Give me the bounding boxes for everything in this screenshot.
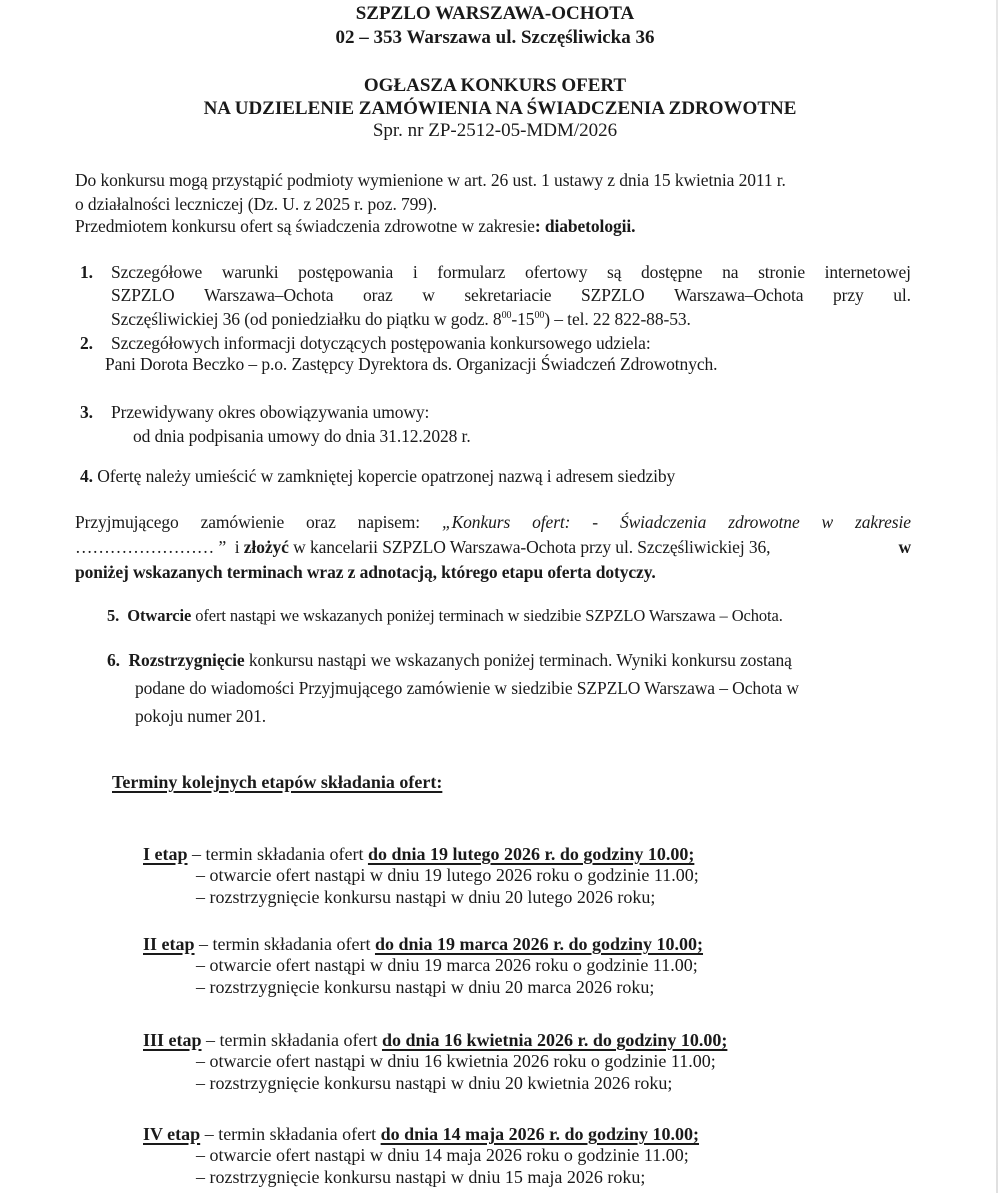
item-2-line1: Szczegółowych informacji dotyczących pos… <box>111 333 651 354</box>
stage-deadline: do dnia 19 lutego 2026 r. do godziny 10.… <box>368 844 694 864</box>
item-6-room-number: pokoju numer 201. <box>135 706 266 727</box>
word: internetowej <box>825 262 911 283</box>
item-5: 5. Otwarcie ofert nastąpi we wskazanych … <box>107 606 783 626</box>
item-4-line2: Przyjmującegozamówienieoraznapisem:„Konk… <box>75 512 911 533</box>
superscript: 00 <box>502 310 512 321</box>
word: sekretariacie <box>464 285 551 306</box>
case-number: Spr. nr ZP-2512-05-MDM/2026 <box>0 120 990 142</box>
item-1-line2: SZPZLOWarszawa–OchotaorazwsekretariacieS… <box>111 285 911 306</box>
word: „Konkurs <box>442 512 510 533</box>
superscript: 00 <box>534 310 544 321</box>
word: Świadczenia <box>620 512 706 533</box>
submit-verb: złożyć <box>244 537 289 557</box>
submission-location: w kancelarii SZPZLO Warszawa-Ochota przy… <box>293 537 770 557</box>
item-6-number: 6. <box>107 650 120 670</box>
item-1-office-hours-text: Szczęśliwickiej 36 (od poniedziałku do p… <box>111 309 502 329</box>
org-name: SZPZLO WARSZAWA-OCHOTA <box>0 3 990 25</box>
word: dostępne <box>641 262 702 283</box>
word: są <box>607 262 621 283</box>
word: na <box>722 262 738 283</box>
word: oraz <box>306 512 336 533</box>
word: Przyjmującego <box>75 512 179 533</box>
stage-3-submission: III etap – termin składania ofert do dni… <box>143 1030 727 1051</box>
schedule-title: Terminy kolejnych etapów składania ofert… <box>112 772 442 793</box>
item-4-line3-start: …………………… ” i złożyć w kancelarii SZPZLO … <box>75 537 770 558</box>
stage-label: III etap <box>143 1030 202 1050</box>
stage-1-opening: – otwarcie ofert nastąpi w dniu 19 luteg… <box>196 865 699 886</box>
word: SZPZLO <box>111 285 175 306</box>
item-3-number: 3. <box>80 402 93 423</box>
word: ofert: <box>532 512 570 533</box>
item-1-number: 1. <box>80 262 93 283</box>
stage-deadline: do dnia 14 maja 2026 r. do godziny 10.00… <box>381 1124 699 1144</box>
intro-line2: o działalności leczniczej (Dz. U. z 2025… <box>75 194 437 215</box>
word: SZPZLO <box>581 285 645 306</box>
word: stronie <box>758 262 805 283</box>
item-6-line2: podane do wiadomości Przyjmującego zamów… <box>135 678 799 699</box>
stage-label: IV etap <box>143 1124 200 1144</box>
announcement-title-line2: NA UDZIELENIE ZAMÓWIENIA NA ŚWIADCZENIA … <box>5 98 995 120</box>
item-5-text: ofert nastąpi we wskazanych poniżej term… <box>195 606 783 625</box>
item-2-contact-person: Pani Dorota Beczko – p.o. Zastępcy Dyrek… <box>105 354 717 375</box>
item-4-text: Ofertę należy umieścić w zamkniętej kope… <box>97 466 675 486</box>
word: ofertowy <box>525 262 587 283</box>
item-5-bold-term: Otwarcie <box>127 606 191 625</box>
stage-submission-prefix: – termin składania ofert <box>200 1124 380 1144</box>
item-4-annotation-requirement: poniżej wskazanych terminach wraz z adno… <box>75 562 656 583</box>
item-4-line3: …………………… ” i złożyć w kancelarii SZPZLO … <box>75 537 911 558</box>
stage-1-resolution: – rozstrzygnięcie konkursu nastąpi w dni… <box>196 887 655 908</box>
stage-label: II etap <box>143 934 195 954</box>
stage-label: I etap <box>143 844 188 864</box>
line-end-word: w <box>898 537 911 558</box>
stage-4-submission: IV etap – termin składania ofert do dnia… <box>143 1124 699 1145</box>
item-1-line1: Szczegółowewarunkipostępowaniaiformularz… <box>111 262 911 283</box>
word: zdrowotne <box>728 512 799 533</box>
intro-line1: Do konkursu mogą przystąpić podmioty wym… <box>75 170 786 191</box>
placeholder-dots: …………………… <box>75 537 214 557</box>
stage-submission-prefix: – termin składania ofert <box>195 934 375 954</box>
announcement-title-line1: OGŁASZA KONKURS OFERT <box>0 75 990 97</box>
item-1-office-hours-text: -15 <box>511 309 534 329</box>
word: zakresie <box>855 512 911 533</box>
stage-3-resolution: – rozstrzygnięcie konkursu nastąpi w dni… <box>196 1073 672 1094</box>
item-4-number: 4. <box>80 466 93 486</box>
stage-3-opening: – otwarcie ofert nastąpi w dniu 16 kwiet… <box>196 1051 716 1072</box>
stage-4-opening: – otwarcie ofert nastąpi w dniu 14 maja … <box>196 1145 689 1166</box>
stage-1-submission: I etap – termin składania ofert do dnia … <box>143 844 694 865</box>
word: Warszawa–Ochota <box>204 285 333 306</box>
intro-line3: Przedmiotem konkursu ofert są świadczeni… <box>75 216 635 237</box>
stage-2-opening: – otwarcie ofert nastąpi w dniu 19 marca… <box>196 955 698 976</box>
org-address: 02 – 353 Warszawa ul. Szczęśliwicka 36 <box>0 27 990 49</box>
word: w <box>422 285 435 306</box>
word: i <box>413 262 418 283</box>
stage-4-resolution: – rozstrzygnięcie konkursu nastąpi w dni… <box>196 1167 645 1188</box>
word: warunki <box>222 262 279 283</box>
word: przy <box>833 285 864 306</box>
intro-subject-specialty: : diabetologii. <box>535 216 636 236</box>
stage-submission-prefix: – termin składania ofert <box>202 1030 382 1050</box>
intro-subject-prefix: Przedmiotem konkursu ofert są świadczeni… <box>75 216 535 236</box>
conjunction: i <box>235 537 240 557</box>
word: napisem: <box>358 512 420 533</box>
item-1-phone-text: ) – tel. 22 822-88-53. <box>544 309 691 329</box>
word: oraz <box>363 285 393 306</box>
stage-deadline: do dnia 16 kwietnia 2026 r. do godziny 1… <box>382 1030 727 1050</box>
word: ul. <box>893 285 911 306</box>
item-6-bold-term: Rozstrzygnięcie <box>129 650 245 670</box>
item-5-number: 5. <box>107 606 119 625</box>
stage-submission-prefix: – termin składania ofert <box>188 844 368 864</box>
item-3-line1: Przewidywany okres obowiązywania umowy: <box>111 402 429 423</box>
word: zamówienie <box>201 512 285 533</box>
item-3-contract-period: od dnia podpisania umowy do dnia 31.12.2… <box>133 426 471 447</box>
item-4-line1: 4. Ofertę należy umieścić w zamkniętej k… <box>80 466 675 487</box>
stage-deadline: do dnia 19 marca 2026 r. do godziny 10.0… <box>375 934 703 954</box>
word: formularz <box>437 262 505 283</box>
stage-2-submission: II etap – termin składania ofert do dnia… <box>143 934 703 955</box>
item-6-line1: 6. Rozstrzygnięcie konkursu nastąpi we w… <box>107 650 792 671</box>
scan-edge-artifact <box>996 0 998 1193</box>
word: w <box>822 512 834 533</box>
stage-2-resolution: – rozstrzygnięcie konkursu nastąpi w dni… <box>196 977 654 998</box>
item-6-text: konkursu nastąpi we wskazanych poniżej t… <box>249 650 792 670</box>
word: - <box>592 512 598 533</box>
word: postępowania <box>298 262 393 283</box>
closing-quote: ” <box>218 537 226 557</box>
word: Szczegółowe <box>111 262 202 283</box>
word: Warszawa–Ochota <box>674 285 803 306</box>
item-1-line3: Szczęśliwickiej 36 (od poniedziałku do p… <box>111 309 691 330</box>
item-2-number: 2. <box>80 333 93 354</box>
